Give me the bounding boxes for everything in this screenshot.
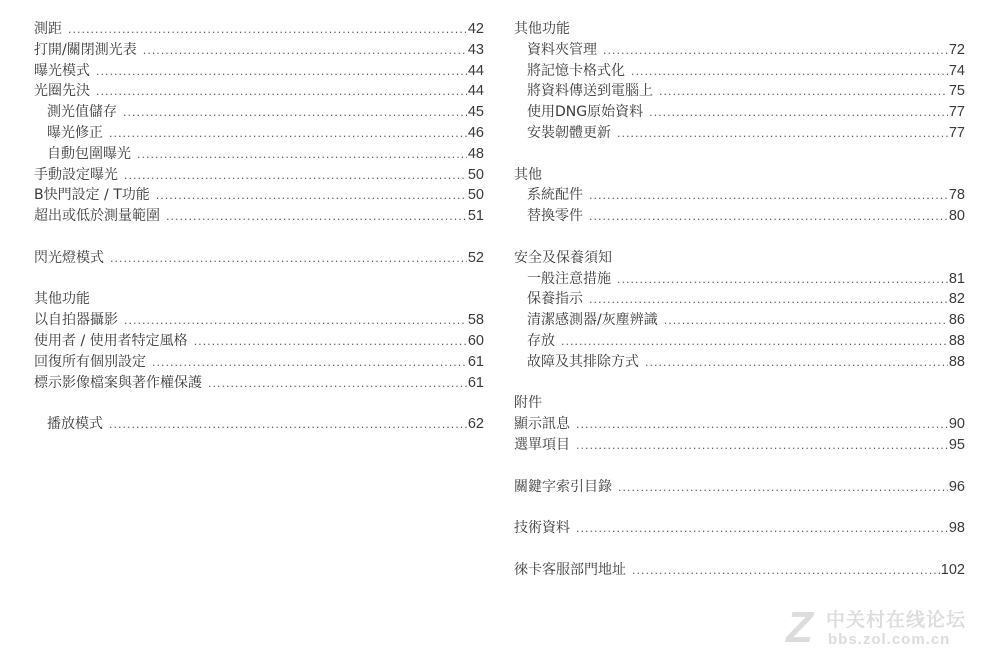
toc-entry-label: 使用者 / 使用者特定風格 xyxy=(34,331,194,352)
dot-leader xyxy=(110,249,467,270)
toc-entry-label: 選單項目 xyxy=(514,435,576,456)
toc-entry[interactable]: 顯示訊息90 xyxy=(514,414,965,435)
dot-leader xyxy=(664,311,948,332)
toc-entry[interactable]: 測光值儲存45 xyxy=(34,102,484,123)
toc-entry[interactable]: 測距42 xyxy=(34,19,484,40)
dot-leader xyxy=(96,62,467,83)
zol-logo-icon: Z xyxy=(786,603,813,653)
toc-entry-label: 打開/關閉測光表 xyxy=(34,40,143,61)
dot-leader xyxy=(589,290,948,311)
toc-page-number: 45 xyxy=(467,102,484,123)
dot-leader xyxy=(124,311,467,332)
toc-entry[interactable]: 曝光模式44 xyxy=(34,61,484,82)
toc-right-column: 其他功能資料夾管理72將記憶卡格式化74將資料傳送到電腦上75使用DNG原始資料… xyxy=(514,19,965,581)
toc-entry-label: 標示影像檔案與著作權保護 xyxy=(34,373,208,394)
toc-entry-label: 超出或低於測量範圍 xyxy=(34,206,166,227)
dot-leader xyxy=(576,436,948,457)
toc-page-number: 51 xyxy=(467,206,484,227)
dot-leader xyxy=(576,519,948,540)
toc-entry[interactable]: 曝光修正46 xyxy=(34,123,484,144)
section-spacer xyxy=(514,227,965,248)
toc-entry-label: 光圈先決 xyxy=(34,81,96,102)
toc-entry[interactable]: 替換零件80 xyxy=(514,206,965,227)
toc-entry-label: 將資料傳送到電腦上 xyxy=(527,81,659,102)
toc-entry-label: 手動設定曝光 xyxy=(34,165,124,186)
toc-page-number: 81 xyxy=(948,269,965,290)
toc-page-number: 58 xyxy=(467,310,484,331)
toc-entry[interactable]: 播放模式62 xyxy=(34,414,484,435)
toc-entry-label: 替換零件 xyxy=(527,206,589,227)
dot-leader xyxy=(659,82,948,103)
toc-page-number: 61 xyxy=(467,352,484,373)
toc-page-number: 44 xyxy=(467,61,484,82)
toc-entry[interactable]: 閃光燈模式52 xyxy=(34,248,484,269)
toc-entry[interactable]: 將資料傳送到電腦上75 xyxy=(514,81,965,102)
dot-leader xyxy=(96,82,467,103)
toc-page-number: 80 xyxy=(948,206,965,227)
toc-entry[interactable]: 標示影像檔案與著作權保護61 xyxy=(34,373,484,394)
section-spacer xyxy=(514,456,965,477)
toc-entry-label: 徠卡客服部門地址 xyxy=(514,560,632,581)
dot-leader xyxy=(124,166,467,187)
toc-page-number: 82 xyxy=(948,289,965,310)
toc-entry[interactable]: 安裝韌體更新77 xyxy=(514,123,965,144)
toc-entry-label: 將記憶卡格式化 xyxy=(527,61,631,82)
dot-leader xyxy=(123,103,467,124)
toc-page-number: 90 xyxy=(948,414,965,435)
dot-leader xyxy=(576,415,948,436)
dot-leader xyxy=(603,41,948,62)
toc-page-number: 50 xyxy=(467,165,484,186)
toc-entry-label: 系統配件 xyxy=(527,185,589,206)
toc-entry[interactable]: B快門設定 / T功能50 xyxy=(34,185,484,206)
toc-page-number: 75 xyxy=(948,81,965,102)
dot-leader xyxy=(109,124,467,145)
toc-entry-label: 技術資料 xyxy=(514,518,576,539)
toc-entry[interactable]: 自動包圍曝光48 xyxy=(34,144,484,165)
toc-entry[interactable]: 將記憶卡格式化74 xyxy=(514,61,965,82)
watermark-url: bbs.zol.com.cn xyxy=(828,631,950,648)
toc-entry[interactable]: 保養指示82 xyxy=(514,289,965,310)
dot-leader xyxy=(631,62,948,83)
toc-entry[interactable]: 以自拍器攝影58 xyxy=(34,310,484,331)
dot-leader xyxy=(645,353,948,374)
toc-entry-label: 測距 xyxy=(34,19,68,40)
section-spacer xyxy=(34,269,484,290)
toc-page-number: 60 xyxy=(467,331,484,352)
toc-entry[interactable]: 超出或低於測量範圍51 xyxy=(34,206,484,227)
toc-page-number: 102 xyxy=(940,560,965,581)
dot-leader xyxy=(618,478,948,499)
toc-entry-label: 使用DNG原始資料 xyxy=(527,102,649,123)
toc-entry-label: 播放模式 xyxy=(47,414,109,435)
section-heading: 其他功能 xyxy=(34,289,484,310)
toc-entry-label: 曝光修正 xyxy=(47,123,109,144)
toc-entry-label: 安裝韌體更新 xyxy=(527,123,617,144)
toc-page-number: 50 xyxy=(467,185,484,206)
dot-leader xyxy=(143,41,467,62)
toc-page-number: 77 xyxy=(948,102,965,123)
toc-page-number: 46 xyxy=(467,123,484,144)
toc-page-number: 42 xyxy=(467,19,484,40)
toc-page-number: 77 xyxy=(948,123,965,144)
dot-leader xyxy=(156,186,467,207)
toc-page-number: 86 xyxy=(948,310,965,331)
toc-page-number: 98 xyxy=(948,518,965,539)
toc-entry-label: 關鍵字索引目錄 xyxy=(514,477,618,498)
section-heading: 安全及保養須知 xyxy=(514,248,965,269)
toc-page-number: 78 xyxy=(948,185,965,206)
toc-entry-label: 資料夾管理 xyxy=(527,40,603,61)
toc-page-number: 88 xyxy=(948,352,965,373)
toc-entry-label: 以自拍器攝影 xyxy=(34,310,124,331)
toc-entry-label: 回復所有個別設定 xyxy=(34,352,152,373)
toc-entry[interactable]: 回復所有個別設定61 xyxy=(34,352,484,373)
dot-leader xyxy=(137,145,467,166)
toc-entry[interactable]: 使用DNG原始資料77 xyxy=(514,102,965,123)
dot-leader xyxy=(649,103,948,124)
toc-page-number: 72 xyxy=(948,40,965,61)
dot-leader xyxy=(589,186,948,207)
toc-entry[interactable]: 一般注意措施81 xyxy=(514,269,965,290)
dot-leader xyxy=(208,374,467,395)
toc-entry-label: 顯示訊息 xyxy=(514,414,576,435)
watermark-site-name: 中关村在线论坛 xyxy=(826,605,966,632)
section-spacer xyxy=(514,373,965,394)
toc-entry[interactable]: 系統配件78 xyxy=(514,185,965,206)
toc-entry[interactable]: 徠卡客服部門地址102 xyxy=(514,560,965,581)
toc-page-number: 61 xyxy=(467,373,484,394)
dot-leader xyxy=(166,207,467,228)
toc-entry[interactable]: 關鍵字索引目錄96 xyxy=(514,477,965,498)
section-heading: 附件 xyxy=(514,393,965,414)
section-heading: 其他功能 xyxy=(514,19,965,40)
dot-leader xyxy=(152,353,467,374)
dot-leader xyxy=(194,332,467,353)
section-spacer xyxy=(34,393,484,414)
dot-leader xyxy=(561,332,948,353)
toc-entry[interactable]: 技術資料98 xyxy=(514,518,965,539)
toc-page-number: 52 xyxy=(467,248,484,269)
toc-page-number: 43 xyxy=(467,40,484,61)
dot-leader xyxy=(632,561,940,582)
dot-leader xyxy=(617,124,948,145)
toc-entry-label: 曝光模式 xyxy=(34,61,96,82)
dot-leader xyxy=(68,20,467,41)
toc-entry[interactable]: 資料夾管理72 xyxy=(514,40,965,61)
toc-left-column: 測距42打開/關閉測光表43曝光模式44光圈先決44測光值儲存45曝光修正46自… xyxy=(34,19,484,435)
dot-leader xyxy=(589,207,948,228)
toc-entry[interactable]: 手動設定曝光50 xyxy=(34,165,484,186)
section-spacer xyxy=(514,144,965,165)
toc-page-number: 95 xyxy=(948,435,965,456)
toc-page-number: 62 xyxy=(467,414,484,435)
toc-entry-label: 測光值儲存 xyxy=(47,102,123,123)
toc-entry[interactable]: 存放88 xyxy=(514,331,965,352)
toc-entry-label: 故障及其排除方式 xyxy=(527,352,645,373)
toc-page-number: 96 xyxy=(948,477,965,498)
toc-entry-label: B快門設定 / T功能 xyxy=(34,185,156,206)
dot-leader xyxy=(109,415,467,436)
toc-entry-label: 保養指示 xyxy=(527,289,589,310)
toc-entry[interactable]: 打開/關閉測光表43 xyxy=(34,40,484,61)
toc-page-number: 48 xyxy=(467,144,484,165)
toc-entry-label: 自動包圍曝光 xyxy=(47,144,137,165)
watermark: Z 中关村在线论坛 bbs.zol.com.cn xyxy=(786,603,966,655)
toc-entry[interactable]: 故障及其排除方式88 xyxy=(514,352,965,373)
toc-entry[interactable]: 使用者 / 使用者特定風格60 xyxy=(34,331,484,352)
toc-entry-label: 閃光燈模式 xyxy=(34,248,110,269)
dot-leader xyxy=(617,270,948,291)
section-heading: 其他 xyxy=(514,165,965,186)
toc-page-number: 44 xyxy=(467,81,484,102)
toc-page-number: 74 xyxy=(948,61,965,82)
section-spacer xyxy=(514,497,965,518)
toc-entry[interactable]: 選單項目95 xyxy=(514,435,965,456)
toc-entry-label: 清潔感測器/灰塵辨識 xyxy=(527,310,664,331)
toc-entry-label: 存放 xyxy=(527,331,561,352)
toc-entry[interactable]: 清潔感測器/灰塵辨識86 xyxy=(514,310,965,331)
toc-entry-label: 一般注意措施 xyxy=(527,269,617,290)
section-spacer xyxy=(34,227,484,248)
toc-page-number: 88 xyxy=(948,331,965,352)
toc-entry[interactable]: 光圈先決44 xyxy=(34,81,484,102)
section-spacer xyxy=(514,539,965,560)
